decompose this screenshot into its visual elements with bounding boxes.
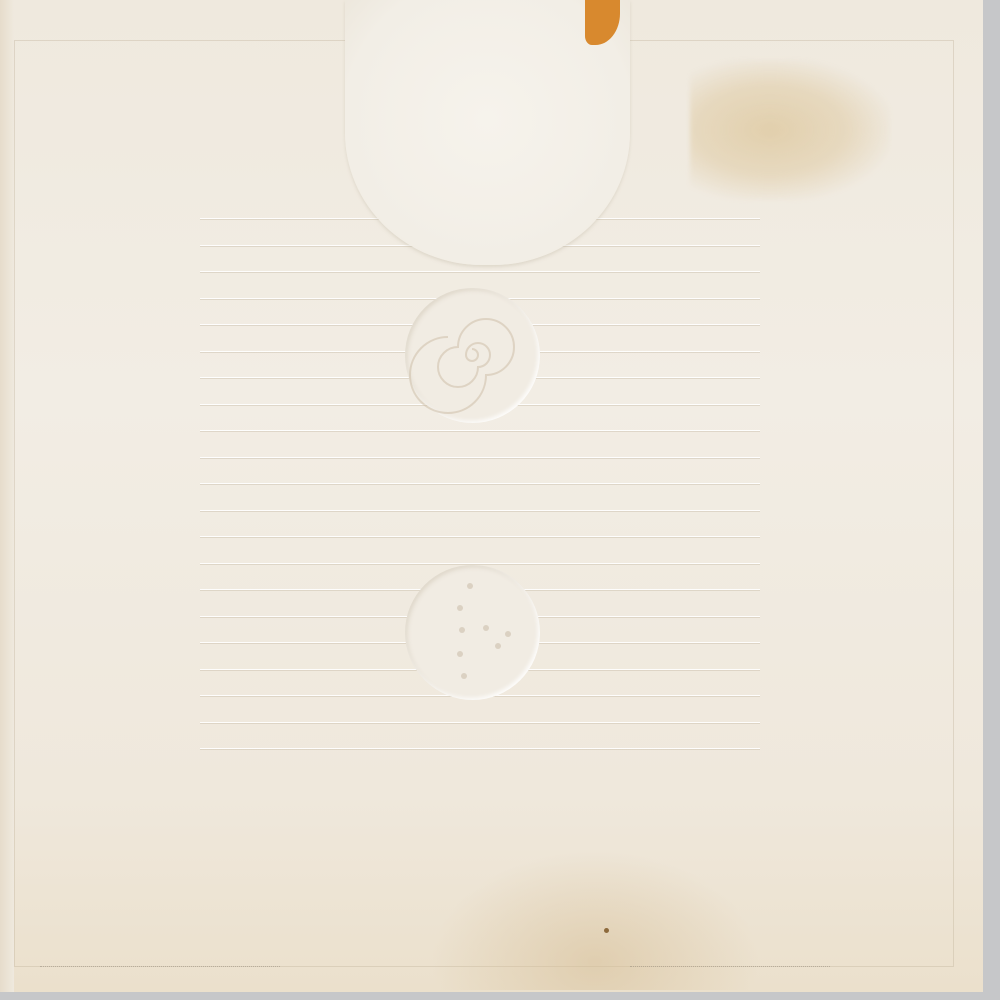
- emboss-dot: [495, 643, 501, 649]
- embossed-line: [200, 748, 760, 749]
- foxing-stain-top-right: [690, 60, 890, 200]
- emboss-dot: [461, 673, 467, 679]
- pencil-inscription-left: [40, 960, 280, 967]
- spiral-icon: [405, 288, 540, 423]
- emboss-dot: [467, 583, 473, 589]
- emboss-dot: [505, 631, 511, 637]
- emboss-dot: [457, 651, 463, 657]
- embossed-line: [200, 457, 760, 458]
- embossed-line: [200, 563, 760, 564]
- embossed-line: [200, 483, 760, 484]
- paper-left-edge: [0, 0, 14, 992]
- foxing-stain-bottom: [430, 850, 760, 990]
- embossed-line: [200, 722, 760, 723]
- emboss-dot: [459, 627, 465, 633]
- embossed-line: [200, 271, 760, 272]
- embossed-line: [200, 536, 760, 537]
- embossed-line: [200, 510, 760, 511]
- emboss-dot: [457, 605, 463, 611]
- emboss-dot: [483, 625, 489, 631]
- spiral-disc: [405, 288, 540, 423]
- dot-disc: [405, 565, 540, 700]
- paper-sheet: [0, 0, 983, 992]
- dirt-speck: [604, 928, 609, 933]
- embossed-line: [200, 430, 760, 431]
- pencil-inscription-right: [630, 960, 830, 967]
